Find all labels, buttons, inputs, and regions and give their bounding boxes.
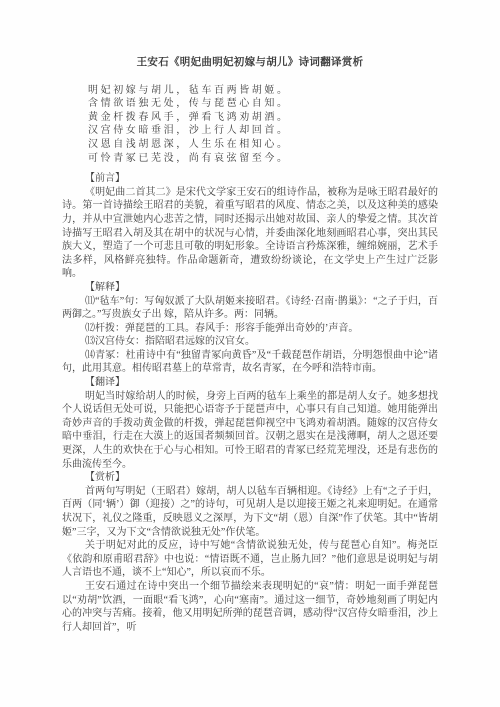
section-header: 【赏析】 — [62, 471, 438, 485]
poem-block: 明妃初嫁与胡儿，毡车百两皆胡姬。含情欲语独无处，传与琵琶心自知。黄金杆拨春风手，… — [62, 84, 438, 166]
section-paragraph: ⑾“毡车”句：写匈奴派了大队胡姬来接昭君。《诗经·召南·鹊巢》：“之子于归，百两… — [62, 295, 438, 322]
poem-line: 汉恩自浅胡恩深，人生乐在相知心。 — [62, 138, 438, 152]
poem-line: 明妃初嫁与胡儿，毡车百两皆胡姬。 — [62, 84, 438, 98]
section-paragraph: ⒁青冢：杜甫诗中有“独留青冢向黄昏”及“千载琵琶作胡语，分明怨恨曲中论”诸句，此… — [62, 349, 438, 376]
section-paragraph: 王安石通过在诗中突出一个细节描绘来表现明妃的“哀”情：明妃一面手弹琵琶以“劝胡”… — [62, 580, 438, 634]
section-paragraph: ⒀汉宫侍女：指陪昭君远嫁的汉官女。 — [62, 335, 438, 349]
sections-container: 【前言】《明妃曲二首其二》是宋代文学家王安石的组诗作品，被称为是咏王昭君最好的诗… — [62, 172, 438, 634]
poem-line: 汉宫侍女暗垂泪，沙上行人却回首。 — [62, 124, 438, 138]
section-header: 【翻译】 — [62, 376, 438, 390]
section-paragraph: 《明妃曲二首其二》是宋代文学家王安石的组诗作品，被称为是咏王昭君最好的诗。第一首… — [62, 186, 438, 281]
section-header: 【前言】 — [62, 172, 438, 186]
section-paragraph: ⑿杆拨：弹琵琶的工具。春风手：形容手能弹出奇妙的’声音。 — [62, 322, 438, 336]
document-title: 王安石《明妃曲明妃初嫁与胡儿》诗词翻译赏析 — [62, 56, 438, 70]
document-page: 王安石《明妃曲明妃初嫁与胡儿》诗词翻译赏析 明妃初嫁与胡儿，毡车百两皆胡姬。含情… — [0, 0, 500, 707]
section-paragraph: 明妃当时嫁给胡人的时候，身旁上百两的毡车上乘坐的都是胡人女子。她多想找个人说话但… — [62, 390, 438, 472]
poem-line: 黄金杆拨春风手，弹看飞鸿劝胡酒。 — [62, 111, 438, 125]
poem-line: 含情欲语独无处，传与琵琶心自知。 — [62, 97, 438, 111]
section-paragraph: 关于明妃对此的反应，诗中写她“含情欲说独无处，传与琵琶心自知”。梅尧臣《依韵和原… — [62, 539, 438, 580]
section-header: 【解释】 — [62, 281, 438, 295]
section-paragraph: 首两句写明妃（王昭君）嫁胡，胡人以毡车百辆相迎。《诗经》上有“之子于归，百两（同… — [62, 485, 438, 539]
poem-line: 可怜青冢已芜没，尚有哀弦留至今。 — [62, 152, 438, 166]
